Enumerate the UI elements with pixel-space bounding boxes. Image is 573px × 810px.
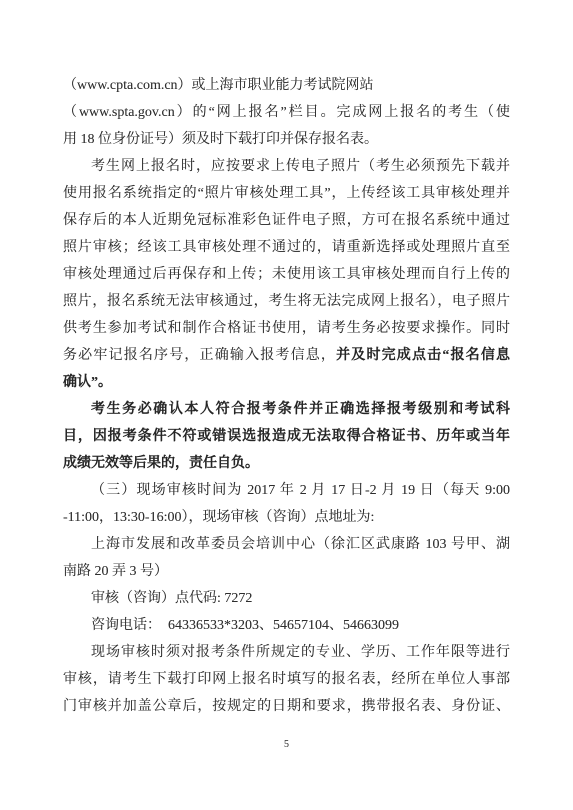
text-segment: 上海市发展和改革委员会培训中心（徐汇区武康路 103 号甲、湖 [91,537,510,552]
text-segment: 咨询电话： 64336533*3203、54657104、54663099 [91,618,399,633]
text-segment: 用 18 位身份证号）须及时下载打印并保存报名表。 [63,132,378,147]
bold-text-segment: 并及时完成点击“报名信息 [336,348,510,363]
bold-text-segment: 确认”。 [63,375,112,390]
document-line: 现场审核时须对报考条件所规定的专业、学历、工作年限等进行 [63,639,510,666]
document-line: 使用报名系统指定的“照片审核处理工具”，上传经该工具审核处理并 [63,180,510,207]
document-line: 审核处理通过后再保存和上传；未使用该工具审核处理而自行上传的 [63,261,510,288]
document-line: 照片审核；经该工具审核处理不通过的，请重新选择或处理照片直至 [63,234,510,261]
document-line: 保存后的本人近期免冠标准彩色证件电子照，方可在报名系统中通过 [63,207,510,234]
document-line: 用 18 位身份证号）须及时下载打印并保存报名表。 [63,126,510,153]
document-line: 门审核并加盖公章后，按规定的日期和要求，携带报名表、身份证、 [63,693,510,720]
text-segment: （www.spta.gov.cn）的“网上报名”栏目。完成网上报名的考生（使 [63,105,510,120]
bold-text-segment: 目，因报考条件不符或错误选报造成无法取得合格证书、历年或当年 [63,429,510,444]
text-segment: 审核处理通过后再保存和上传；未使用该工具审核处理而自行上传的 [63,267,510,282]
text-segment: 考生网上报名时，应按要求上传电子照片（考生必须预先下载并 [91,159,510,174]
document-line: 照片，报名系统无法审核通过，考生将无法完成网上报名），电子照片 [63,288,510,315]
document-line: 目，因报考条件不符或错误选报造成无法取得合格证书、历年或当年 [63,423,510,450]
scanned-document-page: （www.cpta.com.cn）或上海市职业能力考试院网站（www.spta.… [0,0,573,810]
document-line: 上海市发展和改革委员会培训中心（徐汇区武康路 103 号甲、湖 [63,531,510,558]
bold-text-segment: 成绩无效等后果的，责任自负。 [63,456,259,471]
document-line: （www.cpta.com.cn）或上海市职业能力考试院网站 [63,72,510,99]
text-segment: （三）现场审核时间为 2017 年 2 月 17 日-2 月 19 日（每天 9… [91,483,510,498]
document-line: （www.spta.gov.cn）的“网上报名”栏目。完成网上报名的考生（使 [63,99,510,126]
text-segment: 供考生参加考试和制作合格证书使用，请考生务必按要求操作。同时 [63,321,510,336]
document-line: 考生务必确认本人符合报考条件并正确选择报考级别和考试科 [63,396,510,423]
bold-text-segment: 考生务必确认本人符合报考条件并正确选择报考级别和考试科 [91,402,510,417]
document-line: （三）现场审核时间为 2017 年 2 月 17 日-2 月 19 日（每天 9… [63,477,510,504]
document-text-block: （www.cpta.com.cn）或上海市职业能力考试院网站（www.spta.… [63,72,510,720]
document-line: 审核（咨询）点代码: 7272 [63,585,510,612]
document-line: 务必牢记报名序号，正确输入报考信息，并及时完成点击“报名信息 [63,342,510,369]
document-line: 考生网上报名时，应按要求上传电子照片（考生必须预先下载并 [63,153,510,180]
text-segment: 南路 20 弄 3 号） [63,564,168,579]
text-segment: 门审核并加盖公章后，按规定的日期和要求，携带报名表、身份证、 [63,699,510,714]
page-number: 5 [63,738,510,752]
document-line: -11:00，13:30-16:00），现场审核（咨询）点地址为: [63,504,510,531]
document-line: 成绩无效等后果的，责任自负。 [63,450,510,477]
text-segment: 使用报名系统指定的“照片审核处理工具”，上传经该工具审核处理并 [63,186,510,201]
text-segment: 务必牢记报名序号，正确输入报考信息， [63,348,336,363]
text-segment: （www.cpta.com.cn）或上海市职业能力考试院网站 [63,78,374,93]
document-line: 咨询电话： 64336533*3203、54657104、54663099 [63,612,510,639]
text-segment: 现场审核时须对报考条件所规定的专业、学历、工作年限等进行 [91,645,510,660]
text-segment: 审核，请考生下载打印网上报名时填写的报名表，经所在单位人事部 [63,672,510,687]
document-line: 南路 20 弄 3 号） [63,558,510,585]
document-line: 确认”。 [63,369,510,396]
document-line: 审核，请考生下载打印网上报名时填写的报名表，经所在单位人事部 [63,666,510,693]
document-line: 供考生参加考试和制作合格证书使用，请考生务必按要求操作。同时 [63,315,510,342]
text-segment: 保存后的本人近期免冠标准彩色证件电子照，方可在报名系统中通过 [63,213,510,228]
text-segment: -11:00，13:30-16:00），现场审核（咨询）点地址为: [63,510,374,525]
text-segment: 审核（咨询）点代码: 7272 [91,591,252,606]
text-segment: 照片，报名系统无法审核通过，考生将无法完成网上报名），电子照片 [63,294,510,309]
text-segment: 照片审核；经该工具审核处理不通过的，请重新选择或处理照片直至 [63,240,510,255]
